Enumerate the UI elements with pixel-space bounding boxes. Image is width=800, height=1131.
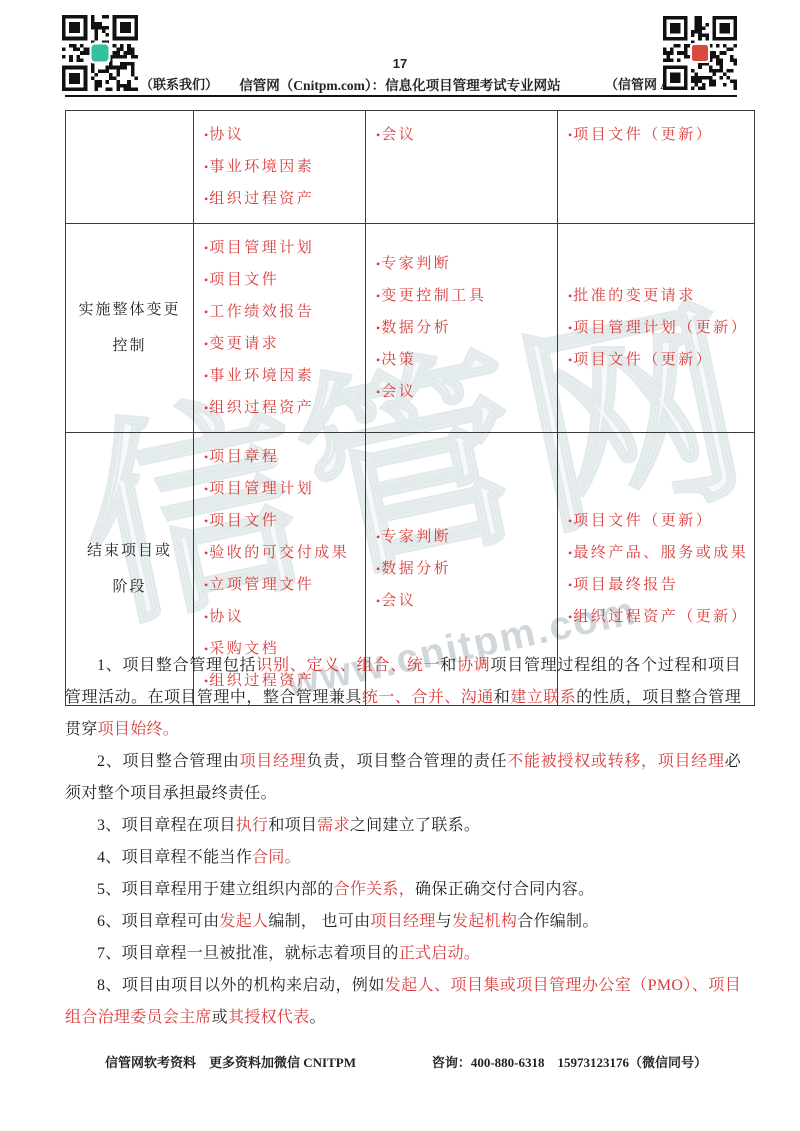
- tools-cell: •专家判断•变更控制工具•数据分析•决策•会议: [366, 224, 558, 433]
- table-list-item: •项目文件（更新）: [568, 119, 748, 151]
- table-row: •协议•事业环境因素•组织过程资产 •会议 •项目文件（更新）: [66, 111, 755, 224]
- footer-left-text: 信管网软考资料 更多资料加微信 CNITPM: [105, 1052, 356, 1071]
- table-list-item: •项目管理计划: [204, 473, 359, 505]
- table-list-item: •项目文件（更新）: [568, 344, 748, 376]
- note-paragraph-1: 1、项目整合管理包括识别、定义、组合、统一和协调项目管理过程组的各个过程和项目管…: [65, 650, 741, 746]
- table-list-item: •项目管理计划: [204, 232, 359, 264]
- inputs-cell: •项目管理计划•项目文件•工作绩效报告•变更请求•事业环境因素•组织过程资产: [194, 224, 366, 433]
- table-list-item: •专家判断: [376, 248, 551, 280]
- table-list-item: •项目章程: [204, 441, 359, 473]
- tools-cell: •会议: [366, 111, 558, 224]
- note-paragraph-6: 6、项目章程可由发起人编制， 也可由项目经理与发起机构合作编制。: [65, 906, 741, 938]
- table-list-item: •项目管理计划（更新）: [568, 312, 748, 344]
- table-list-item: •决策: [376, 344, 551, 376]
- table-list-item: •数据分析: [376, 312, 551, 344]
- table-list-item: •数据分析: [376, 553, 551, 585]
- itto-table: •协议•事业环境因素•组织过程资产 •会议 •项目文件（更新） 实施整体变更控制…: [65, 110, 755, 706]
- table-list-item: •批准的变更请求: [568, 280, 748, 312]
- table-list-item: •组织过程资产（更新）: [568, 601, 748, 633]
- table-list-item: •会议: [376, 376, 551, 408]
- table-list-item: •项目最终报告: [568, 569, 748, 601]
- table-list-item: •事业环境因素: [204, 360, 359, 392]
- table-list-item: •立项管理文件: [204, 569, 359, 601]
- page-footer: 信管网软考资料 更多资料加微信 CNITPM 咨询：400-880-6318 1…: [65, 1052, 737, 1071]
- qr-code-app: [663, 14, 737, 92]
- note-paragraph-5: 5、项目章程用于建立组织内部的合作关系，确保正确交付合同内容。: [65, 874, 741, 906]
- table-list-item: •会议: [376, 585, 551, 617]
- table-list-item: •协议: [204, 119, 359, 151]
- table-list-item: •项目文件: [204, 505, 359, 537]
- table-row: 实施整体变更控制 •项目管理计划•项目文件•工作绩效报告•变更请求•事业环境因素…: [66, 224, 755, 433]
- table-list-item: •最终产品、服务或成果: [568, 537, 748, 569]
- table-list-item: •协议: [204, 601, 359, 633]
- table-list-item: •验收的可交付成果: [204, 537, 359, 569]
- notes-section: 1、项目整合管理包括识别、定义、组合、统一和协调项目管理过程组的各个过程和项目管…: [65, 650, 741, 1034]
- table-list-item: •组织过程资产: [204, 183, 359, 215]
- table-list-item: •项目文件（更新）: [568, 505, 748, 537]
- table-list-item: •变更请求: [204, 328, 359, 360]
- table-list-item: •会议: [376, 119, 551, 151]
- table-list-item: •组织过程资产: [204, 392, 359, 424]
- table-list-item: •专家判断: [376, 521, 551, 553]
- table-list-item: •项目文件: [204, 264, 359, 296]
- outputs-cell: •项目文件（更新）: [558, 111, 755, 224]
- note-paragraph-3: 3、项目章程在项目执行和项目需求之间建立了联系。: [65, 810, 741, 842]
- process-name-cell: [66, 111, 194, 224]
- table-list-item: •事业环境因素: [204, 151, 359, 183]
- outputs-cell: •批准的变更请求•项目管理计划（更新）•项目文件（更新）: [558, 224, 755, 433]
- inputs-cell: •协议•事业环境因素•组织过程资产: [194, 111, 366, 224]
- table-list-item: •变更控制工具: [376, 280, 551, 312]
- process-name-cell: 实施整体变更控制: [66, 224, 194, 433]
- footer-right-text: 咨询：400-880-6318 15973123176（微信同号）: [432, 1052, 707, 1071]
- table-list-item: •工作绩效报告: [204, 296, 359, 328]
- note-paragraph-4: 4、项目章程不能当作合同。: [65, 842, 741, 874]
- note-paragraph-7: 7、项目章程一旦被批准，就标志着项目的正式启动。: [65, 938, 741, 970]
- note-paragraph-8: 8、项目由项目以外的机构来启动，例如发起人、项目集或项目管理办公室（PMO）、项…: [65, 970, 741, 1034]
- header-divider: [65, 95, 737, 97]
- note-paragraph-2: 2、项目整合管理由项目经理负责，项目整合管理的责任不能被授权或转移，项目经理必须…: [65, 746, 741, 810]
